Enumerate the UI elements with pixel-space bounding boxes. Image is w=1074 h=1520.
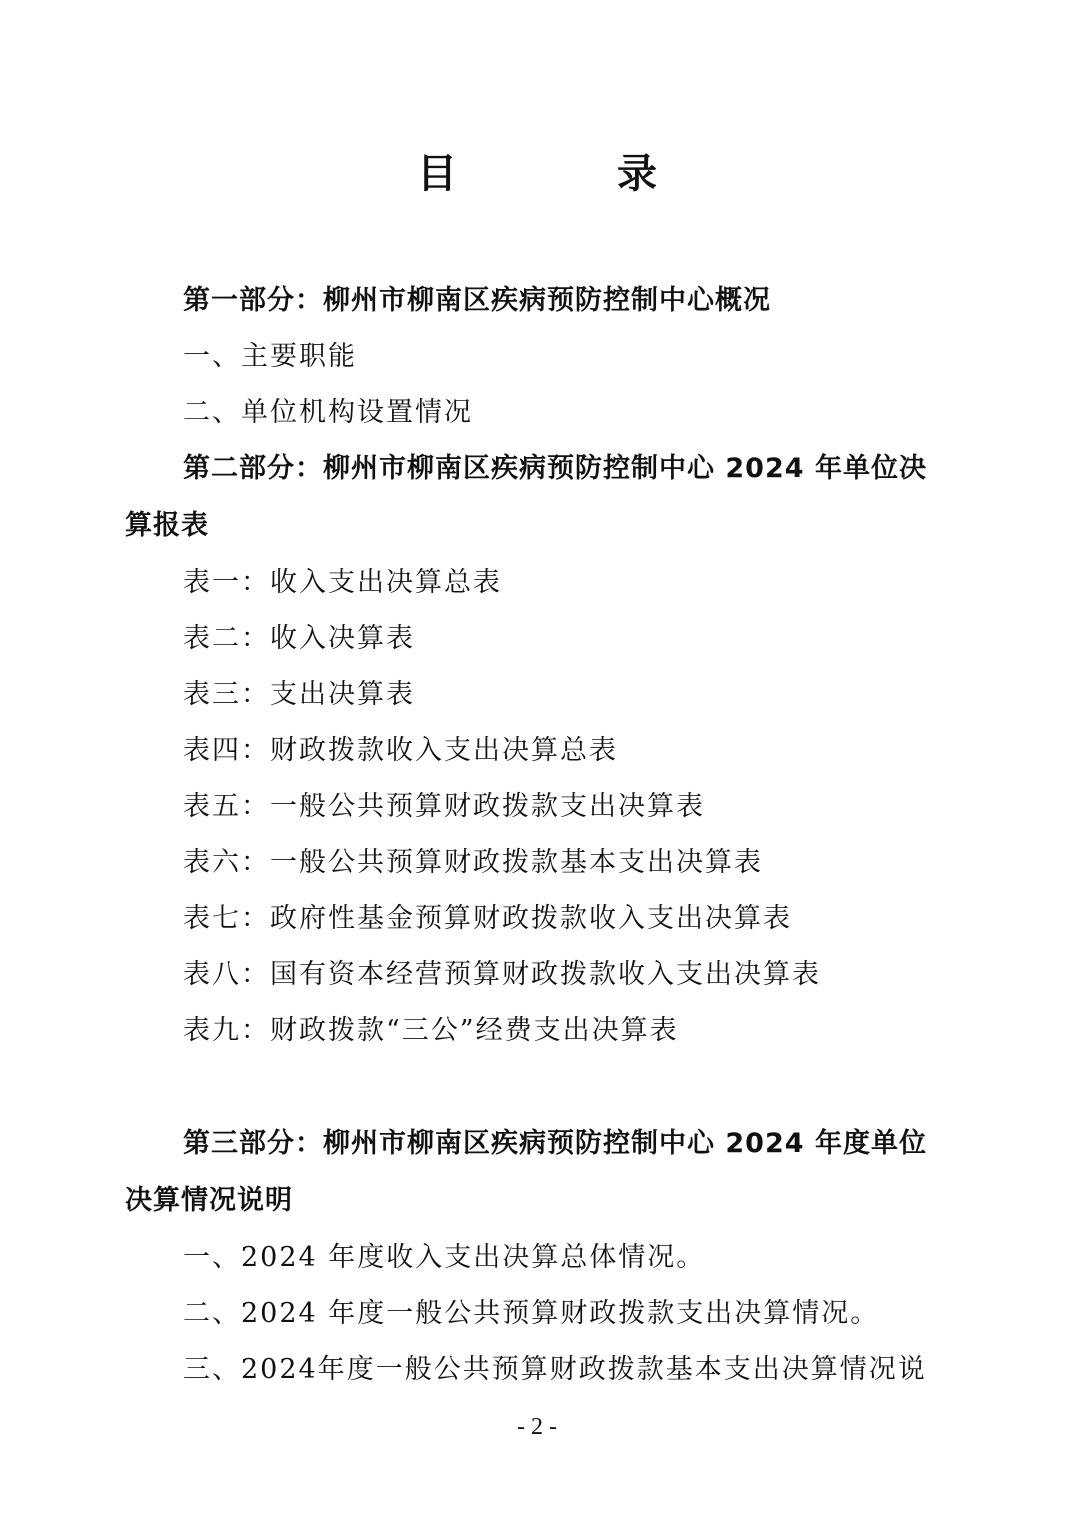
page-number: - 2 - bbox=[0, 1414, 1074, 1441]
toc-item: 三、2024年度一般公共预算财政拨款基本支出决算情况说 bbox=[183, 1352, 927, 1388]
toc-item: 表七：政府性基金预算财政拨款收入支出决算表 bbox=[183, 901, 792, 937]
toc-item: 表三：支出决算表 bbox=[183, 677, 415, 713]
toc-item: 表九：财政拨款“三公”经费支出决算表 bbox=[183, 1013, 679, 1049]
toc-item: 表八：国有资本经营预算财政拨款收入支出决算表 bbox=[183, 957, 821, 993]
toc-item: 表五：一般公共预算财政拨款支出决算表 bbox=[183, 789, 705, 825]
toc-item: 表二：收入决算表 bbox=[183, 621, 415, 657]
part3-heading-line1: 第三部分：柳州市柳南区疾病预防控制中心 2024 年度单位 bbox=[183, 1126, 927, 1162]
toc-item: 表四：财政拨款收入支出决算总表 bbox=[183, 733, 618, 769]
part2-heading-line1: 第二部分：柳州市柳南区疾病预防控制中心 2024 年单位决 bbox=[183, 451, 927, 487]
part2-heading-line2: 算报表 bbox=[125, 508, 209, 544]
toc-title: 目 录 bbox=[0, 142, 1074, 199]
toc-item: 表六：一般公共预算财政拨款基本支出决算表 bbox=[183, 845, 763, 881]
toc-item: 表一：收入支出决算总表 bbox=[183, 565, 502, 601]
toc-item: 一、主要职能 bbox=[183, 339, 357, 375]
part3-heading-line2: 决算情况说明 bbox=[125, 1183, 293, 1219]
toc-item: 一、2024 年度收入支出决算总体情况。 bbox=[183, 1240, 705, 1276]
part1-heading: 第一部分：柳州市柳南区疾病预防控制中心概况 bbox=[183, 283, 771, 319]
toc-item: 二、单位机构设置情况 bbox=[183, 395, 473, 431]
toc-item: 二、2024 年度一般公共预算财政拨款支出决算情况。 bbox=[183, 1296, 879, 1332]
